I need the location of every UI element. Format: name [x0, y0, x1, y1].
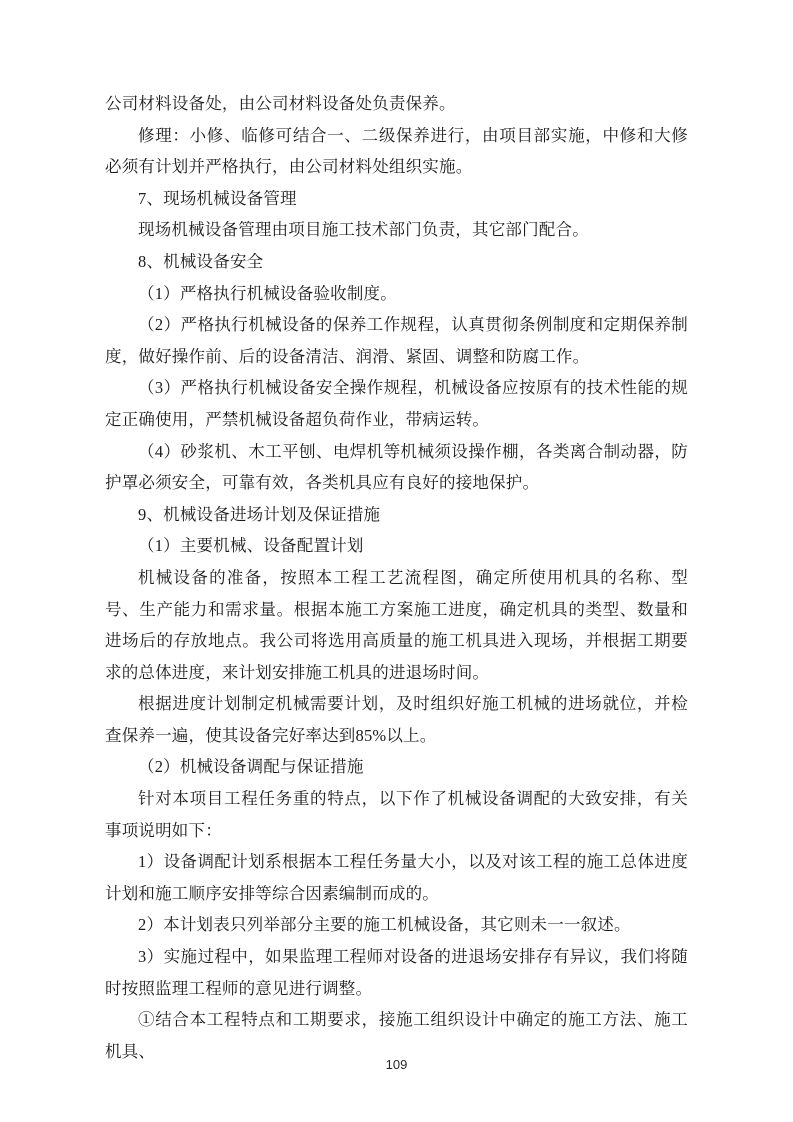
page-number: 109	[0, 1057, 793, 1072]
paragraph: 机械设备的准备，按照本工程工艺流程图，确定所使用机具的名称、型号、生产能力和需求…	[105, 562, 688, 688]
paragraph: 修理：小修、临修可结合一、二级保养进行，由项目部实施，中修和大修必须有计划并严格…	[105, 120, 688, 183]
paragraph: 根据进度计划制定机械需要计划，及时组织好施工机械的进场就位，并检查保养一遍，使其…	[105, 688, 688, 751]
paragraph-continuation: 公司材料设备处，由公司材料设备处负责保养。	[105, 88, 688, 120]
list-item-4: （4）砂浆机、木工平刨、电焊机等机械须设操作棚，各类离合制动器，防护罩必须安全，…	[105, 436, 688, 499]
subsection-heading-2: （2）机械设备调配与保证措施	[105, 751, 688, 783]
document-body: 公司材料设备处，由公司材料设备处负责保养。 修理：小修、临修可结合一、二级保养进…	[105, 88, 688, 1067]
section-heading-7: 7、现场机械设备管理	[105, 183, 688, 215]
list-item-3: （3）严格执行机械设备安全操作规程，机械设备应按原有的技术性能的规定正确使用，严…	[105, 372, 688, 435]
paragraph: 针对本项目工程任务重的特点，以下作了机械设备调配的大致安排，有关事项说明如下：	[105, 783, 688, 846]
list-item-1: （1）严格执行机械设备验收制度。	[105, 278, 688, 310]
section-heading-8: 8、机械设备安全	[105, 246, 688, 278]
list-item-2: （2）严格执行机械设备的保养工作规程，认真贯彻条例制度和定期保养制度，做好操作前…	[105, 309, 688, 372]
subsection-heading-1: （1）主要机械、设备配置计划	[105, 530, 688, 562]
numbered-item-1: 1）设备调配计划系根据本工程任务量大小，以及对该工程的施工总体进度计划和施工顺序…	[105, 846, 688, 909]
numbered-item-3: 3）实施过程中，如果监理工程师对设备的进退场安排存有异议，我们将随时按照监理工程…	[105, 941, 688, 1004]
section-heading-9: 9、机械设备进场计划及保证措施	[105, 499, 688, 531]
document-page: 公司材料设备处，由公司材料设备处负责保养。 修理：小修、临修可结合一、二级保养进…	[0, 0, 793, 1122]
numbered-item-2: 2）本计划表只列举部分主要的施工机械设备，其它则未一一叙述。	[105, 909, 688, 941]
paragraph: 现场机械设备管理由项目施工技术部门负责，其它部门配合。	[105, 214, 688, 246]
